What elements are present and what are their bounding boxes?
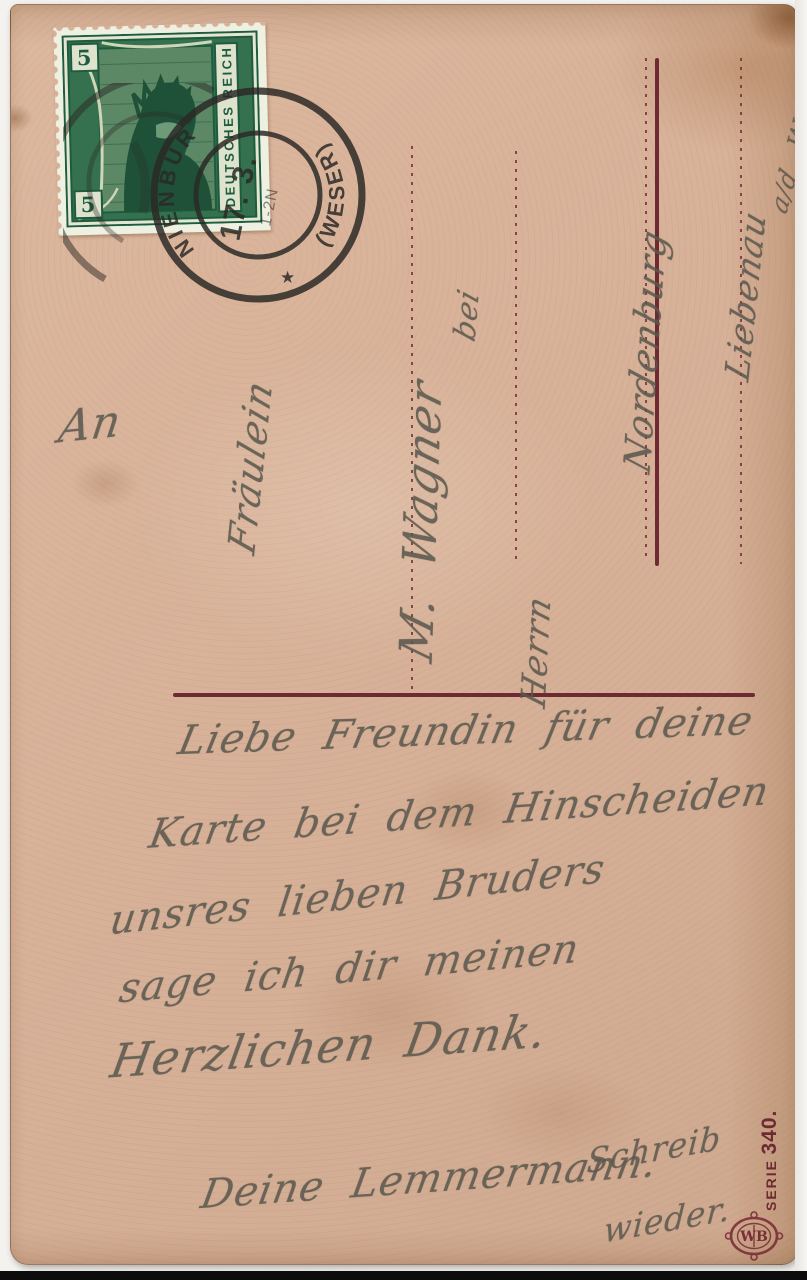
- message-line-2: Karte bei dem Hinscheiden: [146, 771, 772, 855]
- address-line-6: Liebenau: [721, 206, 771, 385]
- message-line-4: sage ich dir meinen: [117, 929, 583, 1010]
- message-line-3: unsres lieben Bruders: [107, 849, 607, 942]
- address-dotted-line-2: [515, 151, 517, 563]
- svg-text:NIENBURG: NIENBURG: [142, 77, 203, 262]
- publisher-monogram: WB: [739, 1229, 768, 1245]
- series-imprint: SERIE 340.: [759, 1110, 780, 1211]
- postmark-region: (WESER): [308, 137, 350, 251]
- postmark-date: 17. 3.: [214, 151, 264, 243]
- series-number: 340.: [758, 1110, 781, 1155]
- stamp-value-top: 5: [76, 45, 91, 70]
- address-line-5: Nordenburg: [619, 225, 672, 477]
- message-ps-2: wieder.: [603, 1191, 732, 1247]
- postmark: NIENBURG (WESER) ★ 17. 3. 1-2N: [142, 77, 378, 317]
- postcard: 5 5 DEUTSCHES REICH NIENBURG (WESER): [10, 4, 798, 1265]
- address-line-4: Herrn: [517, 592, 556, 711]
- address-prefix: An: [56, 399, 124, 450]
- divider-line: [173, 693, 755, 697]
- address-line-2: M. Wagner: [393, 375, 448, 666]
- postmark-town: NIENBURG: [142, 77, 203, 262]
- publisher-logo: WB: [723, 1207, 785, 1265]
- postmark-time: 1-2N: [257, 186, 282, 227]
- message-line-5: Herzlichen Dank.: [107, 1007, 550, 1084]
- postmark-star-icon: ★: [280, 268, 295, 287]
- address-line-3: bei: [451, 286, 485, 345]
- series-label: SERIE: [763, 1159, 779, 1211]
- message-line-1: Liebe Freundin für deine: [175, 701, 757, 761]
- svg-text:(WESER): (WESER): [308, 137, 350, 251]
- scanned-postcard-back: { "card": { "stamp": { "denomination": "…: [0, 0, 807, 1280]
- address-line-1: Fräulein: [223, 375, 278, 558]
- scan-edge-right: [795, 0, 807, 1271]
- scan-edge-bottom-black: [0, 1271, 807, 1280]
